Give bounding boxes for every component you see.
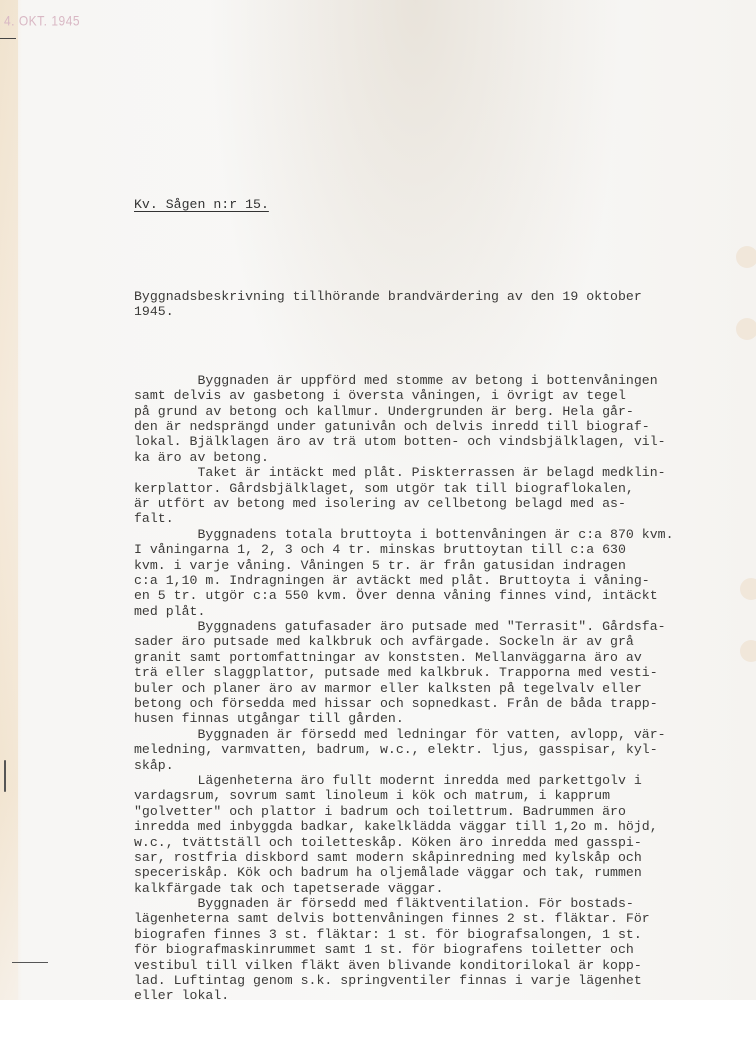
body-line: Byggnaden är uppförd med stomme av beton…: [134, 373, 674, 388]
body-line: I våningarna 1, 2, 3 och 4 tr. minskas b…: [134, 542, 674, 557]
subtitle-line: 1945.: [134, 304, 642, 319]
body-line: Byggnadens totala bruttoyta i bottenvåni…: [134, 527, 674, 542]
body-line: är utfört av betong med isolering av cel…: [134, 496, 674, 511]
body-line: vestibul till vilken fläkt även blivande…: [134, 958, 674, 973]
body-line: meledning, varmvatten, badrum, w.c., ele…: [134, 742, 674, 757]
body-line: för biografmaskinrummet samt 1 st. för b…: [134, 942, 674, 957]
body-line: Byggnaden är försedd med fläktventilatio…: [134, 896, 674, 911]
body-line: lad. Luftintag genom s.k. springventiler…: [134, 973, 674, 988]
body-line: vardagsrum, sovrum samt linoleum i kök o…: [134, 788, 674, 803]
body-line: buler och planer äro av marmor eller kal…: [134, 681, 674, 696]
body-line: på grund av betong och kallmur. Undergru…: [134, 404, 674, 419]
body-line: granit samt portomfattningar av konstste…: [134, 650, 674, 665]
body-line: ka äro av betong.: [134, 450, 674, 465]
body-line: falt.: [134, 511, 674, 526]
body-line: kerplattor. Gårdsbjälklaget, som utgör t…: [134, 481, 674, 496]
scanned-page: 4. OKT. 1945 Kv. Sågen n:r 15. Byggnadsb…: [0, 0, 756, 1048]
body-line: Lägenheterna äro fullt modernt inredda m…: [134, 773, 674, 788]
margin-mark: [12, 962, 48, 963]
document-body: Byggnaden är uppförd med stomme av beton…: [134, 342, 674, 1035]
subtitle-line: Byggnadsbeskrivning tillhörande brandvär…: [134, 289, 642, 304]
punch-hole-mark: [740, 578, 756, 600]
body-line: "golvetter" och plattor i badrum och toi…: [134, 804, 674, 819]
body-line: eller lokal.: [134, 988, 674, 1003]
punch-hole-mark: [736, 318, 756, 340]
body-line: w.c., tvättställ och toiletteskåp. Köken…: [134, 835, 674, 850]
body-line: sader äro putsade med kalkbruk och avfär…: [134, 634, 674, 649]
body-line: Byggnadens gatufasader äro putsade med "…: [134, 619, 674, 634]
body-line: med plåt.: [134, 604, 674, 619]
body-line: lägenheterna samt delvis bottenvåningen …: [134, 911, 674, 926]
punch-hole-mark: [740, 640, 756, 662]
body-line: lokal. Bjälklagen äro av trä utom botten…: [134, 434, 674, 449]
body-line: skåp.: [134, 758, 674, 773]
body-line: samt delvis av gasbetong i översta vånin…: [134, 388, 674, 403]
body-line: Taket är intäckt med plåt. Piskterrassen…: [134, 465, 674, 480]
document-title: Kv. Sågen n:r 15.: [134, 197, 269, 212]
margin-mark: [4, 760, 6, 792]
body-line: inredda med inbyggda badkar, kakelklädda…: [134, 819, 674, 834]
body-line: sar, rostfria diskbord samt modern skåpi…: [134, 850, 674, 865]
body-line: den är nedsprängd under gatunivån och de…: [134, 419, 674, 434]
margin-mark: [0, 38, 16, 39]
body-line: en 5 tr. utgör c:a 550 kvm. Över denna v…: [134, 588, 674, 603]
date-stamp: 4. OKT. 1945: [4, 13, 80, 29]
body-line: c:a 1,10 m. Indragningen är avtäckt med …: [134, 573, 674, 588]
document-subtitle: Byggnadsbeskrivning tillhörande brandvär…: [134, 258, 642, 350]
body-line: betong och försedda med hissar och sopne…: [134, 696, 674, 711]
body-line: trä eller slaggplattor, putsade med kalk…: [134, 665, 674, 680]
paper-edge-strip: [0, 0, 18, 1048]
body-line: speceriskåp. Kök och badrum ha oljemålad…: [134, 865, 674, 880]
body-line: kalkfärgade tak och tapetserade väggar.: [134, 881, 674, 896]
punch-hole-mark: [736, 246, 756, 268]
body-line: husen finnas utgångar till gården.: [134, 711, 674, 726]
body-line: kvm. i varje våning. Våningen 5 tr. är f…: [134, 558, 674, 573]
body-line: Byggnaden är försedd med ledningar för v…: [134, 727, 674, 742]
body-line: biografen finnes 3 st. fläktar: 1 st. fö…: [134, 927, 674, 942]
